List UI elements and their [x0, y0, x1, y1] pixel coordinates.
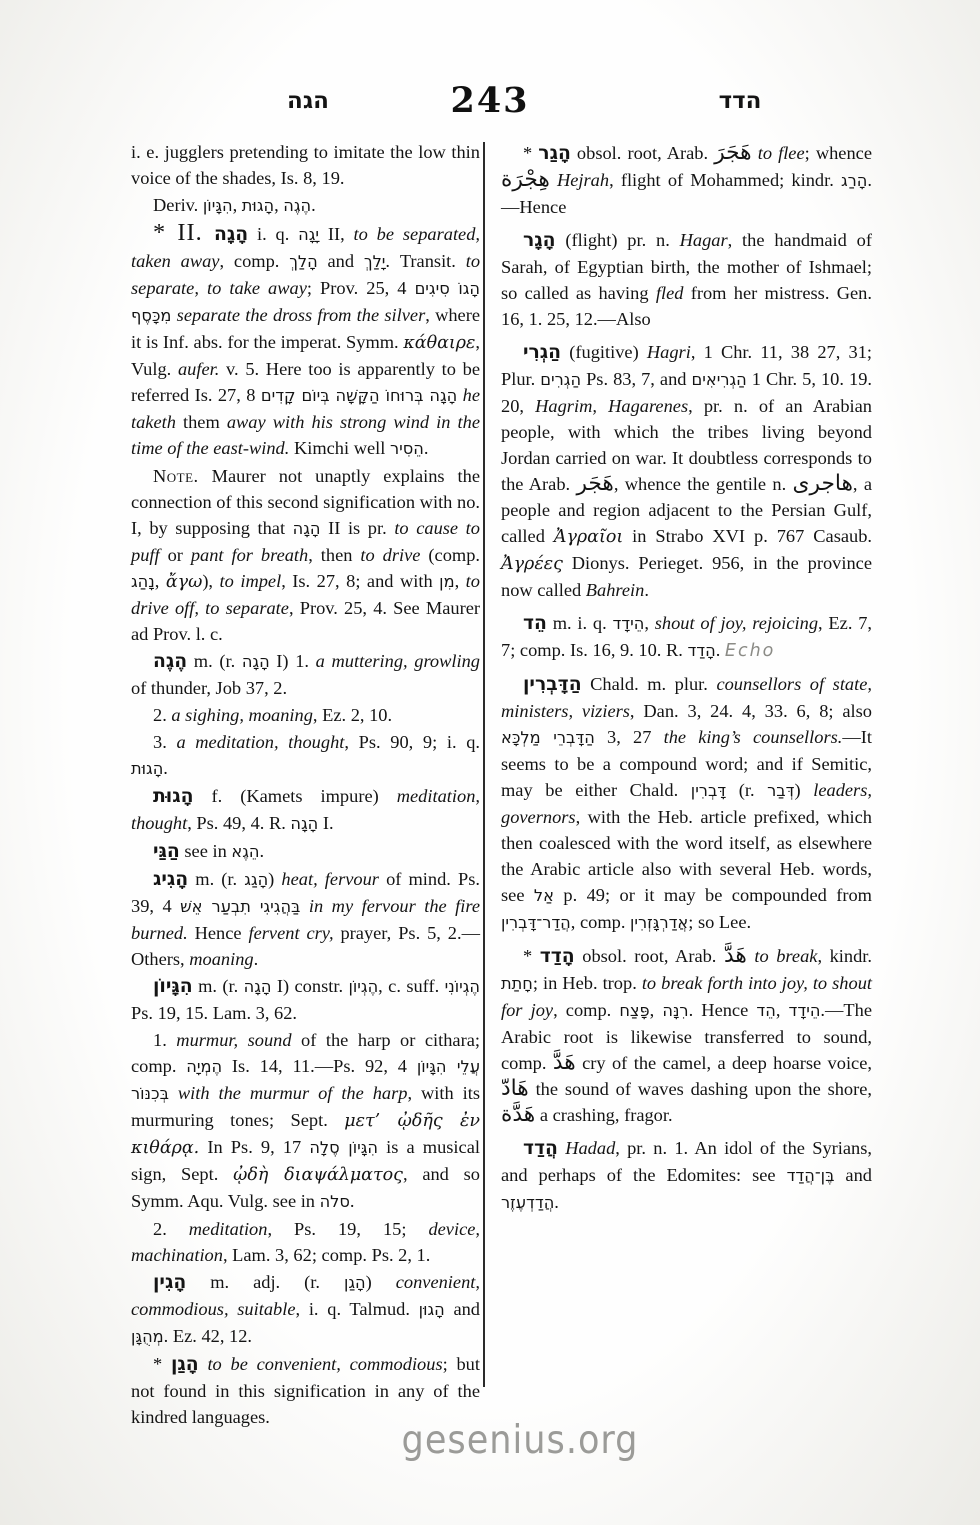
text-run: . Ez. 42, 12.	[164, 1326, 252, 1346]
italic-text: to break	[754, 946, 817, 966]
entry-paragraph: הַדָּבְרִין Chald. m. plur. counsellors …	[501, 671, 872, 936]
text-run: I.	[318, 813, 333, 833]
header-keyword-right: הדד	[710, 88, 770, 114]
text-run: . Transit.	[385, 251, 465, 271]
arabic-word: هِجْرَة	[501, 167, 550, 192]
greek-text: ἄγω	[166, 572, 202, 592]
hebrew-headword: הָדַד	[540, 946, 575, 967]
hebrew-headword: הָגַר	[538, 143, 571, 164]
hebrew-word: מְהֻגָּן	[131, 1327, 164, 1346]
headword-numeral: * II.	[153, 219, 214, 246]
italic-text: moaning	[189, 949, 253, 969]
arabic-word: هَدَّ	[724, 943, 747, 968]
italic-text: separate the dross from the silver	[177, 305, 426, 325]
text-run: .	[424, 438, 429, 458]
watermark: gesenius.org	[0, 1418, 980, 1463]
hebrew-word: הָגָה	[244, 977, 272, 996]
entry-paragraph: הִגָּיוֹן m. (r. הָגָה I) constr. הֶגְיו…	[131, 973, 480, 1026]
smallcaps-note-label: Note.	[153, 466, 199, 486]
hebrew-word: רִנָּה	[662, 1001, 688, 1020]
text-run: ; so Lee.	[688, 912, 751, 932]
hebrew-word: סלה	[320, 1192, 350, 1211]
text-run: )	[795, 780, 814, 800]
text-run: )	[268, 869, 281, 889]
text-run: , Lam. 3, 62; comp. Ps. 2, 1.	[223, 1245, 430, 1265]
hebrew-headword: הַגַּי	[153, 841, 180, 862]
entry-paragraph: i. e. jugglers pretending to imitate the…	[131, 139, 480, 191]
hebrew-headword: הָגוּת	[153, 786, 194, 807]
hebrew-headword: הָגָה	[214, 224, 248, 245]
text-run: ; whence	[805, 143, 872, 163]
text-run: , i. q. Talmud.	[296, 1299, 419, 1319]
hebrew-word: הִגָּיוֹן	[203, 196, 233, 215]
hebrew-headword: הַגְרִי	[523, 342, 561, 363]
text-run: m. (r.	[193, 976, 244, 996]
text-run: see in	[180, 841, 232, 861]
hebrew-headword: הָגִין	[153, 1272, 186, 1293]
text-run: Ps. 19, 15. Lam. 3, 62.	[131, 1003, 297, 1023]
text-run: .	[259, 841, 264, 861]
hebrew-word: יָגָה	[298, 225, 319, 244]
text-run: , Dan. 3, 24. 4, 33. 6, 8; also	[630, 701, 872, 721]
text-run: , Ez. 2, 10.	[313, 705, 392, 725]
hebrew-word: דָּבְרִין	[691, 781, 726, 800]
text-run: Hence	[188, 923, 249, 943]
italic-text: to flee	[758, 143, 805, 163]
text-run: *	[523, 946, 540, 966]
italic-text: a meditation, thought	[176, 732, 344, 752]
hebrew-word: הֲדַר־דָּבְרִין	[501, 913, 571, 932]
text-run: (r.	[726, 780, 767, 800]
text-run: m. adj. (r.	[186, 1272, 344, 1292]
text-run: ,	[233, 195, 242, 215]
hebrew-word: הֲדַדְעֶזֶר	[501, 1193, 554, 1212]
hebrew-word: הֵידָד	[789, 1001, 821, 1020]
italic-text: pant for breath	[191, 545, 308, 565]
text-run: i. e. jugglers pretending to imitate the…	[131, 142, 480, 188]
text-run: , comp.	[553, 1000, 619, 1020]
text-run	[169, 1083, 178, 1103]
entry-paragraph: הָגוּת f. (Kamets impure) meditation, th…	[131, 783, 480, 837]
text-run: , flight of Mohammed; kindr.	[609, 170, 841, 190]
text-run: ,	[274, 195, 283, 215]
hebrew-word: דְּבַר	[767, 781, 794, 800]
text-run: m. i. q.	[547, 613, 613, 633]
hebrew-word: פָּצַח	[619, 1001, 649, 1020]
text-run: II,	[319, 224, 354, 244]
italic-text: to be convenient, commodious	[207, 1354, 442, 1374]
hebrew-word: הֵגֶא	[231, 842, 259, 861]
hebrew-word: הָלַךְ	[289, 252, 317, 271]
text-run: and	[445, 1299, 480, 1319]
greek-text: ᾠδὴ διαψάλματος	[233, 1165, 403, 1185]
hebrew-word: הָגָה	[293, 519, 321, 538]
text-run	[300, 896, 308, 916]
hebrew-word: הָגוּת	[131, 759, 163, 778]
italic-text: Hejrah	[557, 170, 609, 190]
italic-text: meditation	[189, 1219, 268, 1239]
column-divider-rule	[483, 142, 485, 1387]
text-run: obsol. root, Arab.	[575, 946, 724, 966]
italic-text: fled	[656, 283, 684, 303]
arabic-word: هَدَّة	[501, 1102, 535, 1127]
italic-text: Hagar	[680, 230, 728, 250]
italic-text: Hadad	[565, 1138, 615, 1158]
hebrew-word: הֶגֶה	[283, 196, 311, 215]
entry-paragraph: Deriv. הִגָּיוֹן, הָגוּת, הֶגֶה.	[131, 192, 480, 219]
hebrew-headword: הֲדַד	[523, 1138, 558, 1159]
italic-text: fervent cry,	[249, 923, 334, 943]
text-run: *	[523, 143, 538, 163]
text-run: , comp.	[571, 912, 630, 932]
text-run: ,	[644, 613, 654, 633]
text-run: ; in Heb. trop.	[533, 973, 642, 993]
text-run: , Ps. 19, 15;	[267, 1219, 428, 1239]
text-run: , then	[308, 545, 360, 565]
hebrew-word: הָגַן	[344, 1273, 366, 1292]
text-run: , kindr.	[817, 946, 872, 966]
entry-paragraph: הֲדַד Hadad, pr. n. 1. An idol of the Sy…	[501, 1135, 872, 1216]
hebrew-word: הִגָּיוֹן סֶלָה	[309, 1138, 378, 1157]
hebrew-word: הֶמְיָה	[186, 1057, 222, 1076]
greek-text: Ἀγρέες	[501, 554, 563, 574]
italic-text: a sighing, moaning	[171, 705, 313, 725]
hebrew-word: הָגַג	[244, 870, 268, 889]
italic-text: a muttering, growling	[316, 651, 480, 671]
text-run: , comp.	[219, 251, 289, 271]
text-run: cry of the camel, a deep hoarse voice,	[576, 1053, 872, 1073]
entry-paragraph: הָגִין m. adj. (r. הָגַן) convenient, co…	[131, 1269, 480, 1350]
text-run: 3, 27	[595, 727, 664, 747]
hebrew-word: אֲדַרְגָּזְרִין	[630, 913, 688, 932]
text-run	[550, 170, 557, 190]
page-number: 243	[430, 80, 550, 121]
hebrew-word: הַגְרִיאִים	[692, 370, 747, 389]
hebrew-headword: הָגָר	[523, 230, 556, 251]
italic-text: the king’s counsellors.	[664, 727, 843, 747]
hebrew-word: נָהַג	[131, 572, 155, 591]
hebrew-word: הַגְרִים	[540, 370, 581, 389]
arabic-word: هَجَرَ	[714, 140, 751, 165]
text-run: ,	[776, 1000, 789, 1020]
italic-text: with the murmur of the harp	[178, 1083, 408, 1103]
hebrew-word: חָתַת	[501, 974, 533, 993]
italic-text: Hagri	[647, 342, 691, 362]
italic-text: shout of joy, rejoicing	[655, 613, 818, 633]
text-run: i. q.	[248, 224, 298, 244]
hebrew-headword: הֵד	[523, 613, 547, 634]
text-run: of thunder, Job 37, 2.	[131, 678, 287, 698]
text-run: )	[366, 1272, 396, 1292]
text-run: ,	[650, 1000, 663, 1020]
entry-paragraph: הַגְרִי (fugitive) Hagri, 1 Chr. 11, 38 …	[501, 339, 872, 603]
hebrew-word: הָגָה	[290, 814, 318, 833]
text-run: I) 1.	[270, 651, 316, 671]
hebrew-word: הָגָה בְּרוּחוֹ הַקָּשָׁה בְּיוֹם קָדִים	[261, 386, 457, 405]
text-run: . Hence	[689, 1000, 757, 1020]
hebrew-word: יָלַךְ	[364, 252, 386, 271]
italic-text: to drive	[360, 545, 420, 565]
handwritten-annotation: Echo	[725, 641, 775, 661]
text-run: .	[350, 1191, 355, 1211]
hebrew-word: הֶגְיוֹנִי	[445, 977, 480, 996]
text-run: m. (r.	[187, 651, 242, 671]
entry-paragraph: * II. הָגָה i. q. יָגָה II, to be separa…	[131, 220, 480, 462]
arabic-word: هاجرى	[792, 471, 852, 496]
text-run: and	[834, 1165, 872, 1185]
hebrew-word: הָדַד	[687, 641, 715, 660]
text-run: ),	[202, 571, 219, 591]
arabic-word: هَجَر	[576, 471, 613, 496]
hebrew-word: הָגָה	[242, 652, 270, 671]
text-run: , Is. 27, 8; and with	[281, 571, 439, 591]
hebrew-headword: הֶגֶה	[153, 651, 187, 672]
text-run: In Ps. 9, 17	[199, 1137, 309, 1157]
text-run: ,	[455, 571, 466, 591]
italic-text: aufer.	[178, 359, 219, 379]
text-run: (fugitive)	[561, 342, 647, 362]
text-run: a crashing, fragor.	[535, 1105, 672, 1125]
entry-paragraph: הַגַּי see in הֵגֶא.	[131, 838, 480, 865]
text-run: Deriv.	[153, 195, 203, 215]
entry-paragraph: 1. murmur, sound of the harp or cithara;…	[131, 1027, 480, 1215]
hebrew-headword: הָגִיג	[153, 869, 188, 890]
text-run: (flight) pr. n.	[556, 230, 680, 250]
text-run: p. 49; or it may be compounded from	[554, 885, 872, 905]
text-run: , whence the gentile n.	[614, 474, 793, 494]
entry-paragraph: Note. Maurer not unaptly explains the co…	[131, 463, 480, 647]
hebrew-word: הֶגְיוֹן	[348, 977, 378, 996]
text-run: .	[311, 195, 316, 215]
italic-text: to impel	[220, 571, 282, 591]
greek-text: κάθαιρε	[403, 333, 475, 353]
text-run: , c. suff.	[378, 976, 444, 996]
text-run: Chald. m. plur.	[582, 674, 717, 694]
text-run: , Ps. 49, 4. R.	[187, 813, 290, 833]
text-run: .	[644, 580, 649, 600]
text-run: .	[254, 949, 259, 969]
entry-paragraph: הָגָר (flight) pr. n. Hagar, the handmai…	[501, 227, 872, 332]
entry-paragraph: הָגִיג m. (r. הָגַג) heat, fervour of mi…	[131, 866, 480, 972]
text-run: them	[176, 412, 227, 432]
entry-paragraph: 2. a sighing, moaning, Ez. 2, 10.	[131, 702, 480, 728]
hebrew-headword: הָגַן	[171, 1354, 199, 1375]
text-run: in Strabo XVI p. 767 Casaub.	[623, 526, 872, 546]
text-run: .	[554, 1192, 559, 1212]
hebrew-word: הַדָּבְרֵי מַלְכָּא	[501, 728, 595, 747]
entry-paragraph: 2. meditation, Ps. 19, 15; device, machi…	[131, 1216, 480, 1268]
text-run: , Ps. 90, 9; i. q.	[344, 732, 480, 752]
text-run: ; Prov. 25, 4	[307, 278, 415, 298]
hebrew-word: הָגוּת	[242, 196, 274, 215]
hebrew-word: אַל	[534, 886, 554, 905]
text-run: 2.	[153, 1219, 189, 1239]
text-run: and	[318, 251, 364, 271]
hebrew-word: מִן	[439, 572, 454, 591]
text-run: 3.	[153, 732, 176, 752]
italic-text: Hagrim, Hagarenes	[535, 396, 688, 416]
text-run: the sound of waves dashing upon the shor…	[529, 1079, 872, 1099]
italic-text: heat, fervour	[281, 869, 379, 889]
text-run: Is. 14, 11.—Ps. 92, 4	[222, 1056, 417, 1076]
entry-paragraph: 3. a meditation, thought, Ps. 90, 9; i. …	[131, 729, 480, 782]
hebrew-word: הֵד	[756, 1001, 775, 1020]
hebrew-word: הֵידָד	[612, 614, 644, 633]
italic-text: Bahrein	[586, 580, 645, 600]
header-keyword-left: הגה	[278, 88, 338, 114]
entry-paragraph: הֶגֶה m. (r. הָגָה I) 1. a muttering, gr…	[131, 648, 480, 701]
text-run: (comp.	[420, 545, 480, 565]
italic-text: murmur, sound	[176, 1030, 291, 1050]
text-run: 2.	[153, 705, 171, 725]
scanned-lexicon-page: הגה 243 הדד i. e. jugglers pretending to…	[0, 0, 980, 1525]
text-run: obsol. root, Arab.	[571, 143, 714, 163]
text-run: .	[163, 758, 168, 778]
left-column: i. e. jugglers pretending to imitate the…	[131, 138, 480, 1430]
hebrew-word: הָגוּן	[419, 1300, 445, 1319]
text-run: Kimchi well	[289, 438, 390, 458]
arabic-word: هَادّ	[501, 1076, 529, 1101]
text-run: or	[160, 545, 191, 565]
hebrew-headword: הַדָּבְרִין	[523, 674, 582, 695]
hebrew-word: הֵסִיר	[390, 439, 424, 458]
text-run: .	[716, 640, 725, 660]
text-run: Ps. 83, 7, and	[581, 369, 691, 389]
arabic-word: هَدَّ	[553, 1050, 576, 1075]
entry-paragraph: * הָגַר obsol. root, Arab. هَجَرَ to fle…	[501, 140, 872, 220]
hebrew-word: בֶּן־הֲדַד	[787, 1166, 835, 1185]
text-run: ,	[155, 571, 166, 591]
text-run: I) constr.	[271, 976, 348, 996]
text-run: 1.	[153, 1030, 176, 1050]
entry-paragraph: הֵד m. i. q. הֵידָד, shout of joy, rejoi…	[501, 610, 872, 664]
hebrew-headword: הִגָּיוֹן	[153, 976, 193, 997]
greek-text: Ἀγραῖοι	[554, 527, 623, 547]
entry-paragraph: * הָדַד obsol. root, Arab. هَدَّ to brea…	[501, 943, 872, 1128]
hebrew-word: הָרַג	[841, 171, 867, 190]
text-run: m. (r.	[188, 869, 244, 889]
hebrew-word: בַּהֲגִיגִי תִבְעַר אֵשׁ	[180, 897, 300, 916]
text-run: f. (Kamets impure)	[194, 786, 397, 806]
text-run: *	[153, 1354, 171, 1374]
text-run: II is pr.	[321, 518, 395, 538]
right-column: * הָגַר obsol. root, Arab. هَجَرَ to fle…	[501, 138, 872, 1216]
